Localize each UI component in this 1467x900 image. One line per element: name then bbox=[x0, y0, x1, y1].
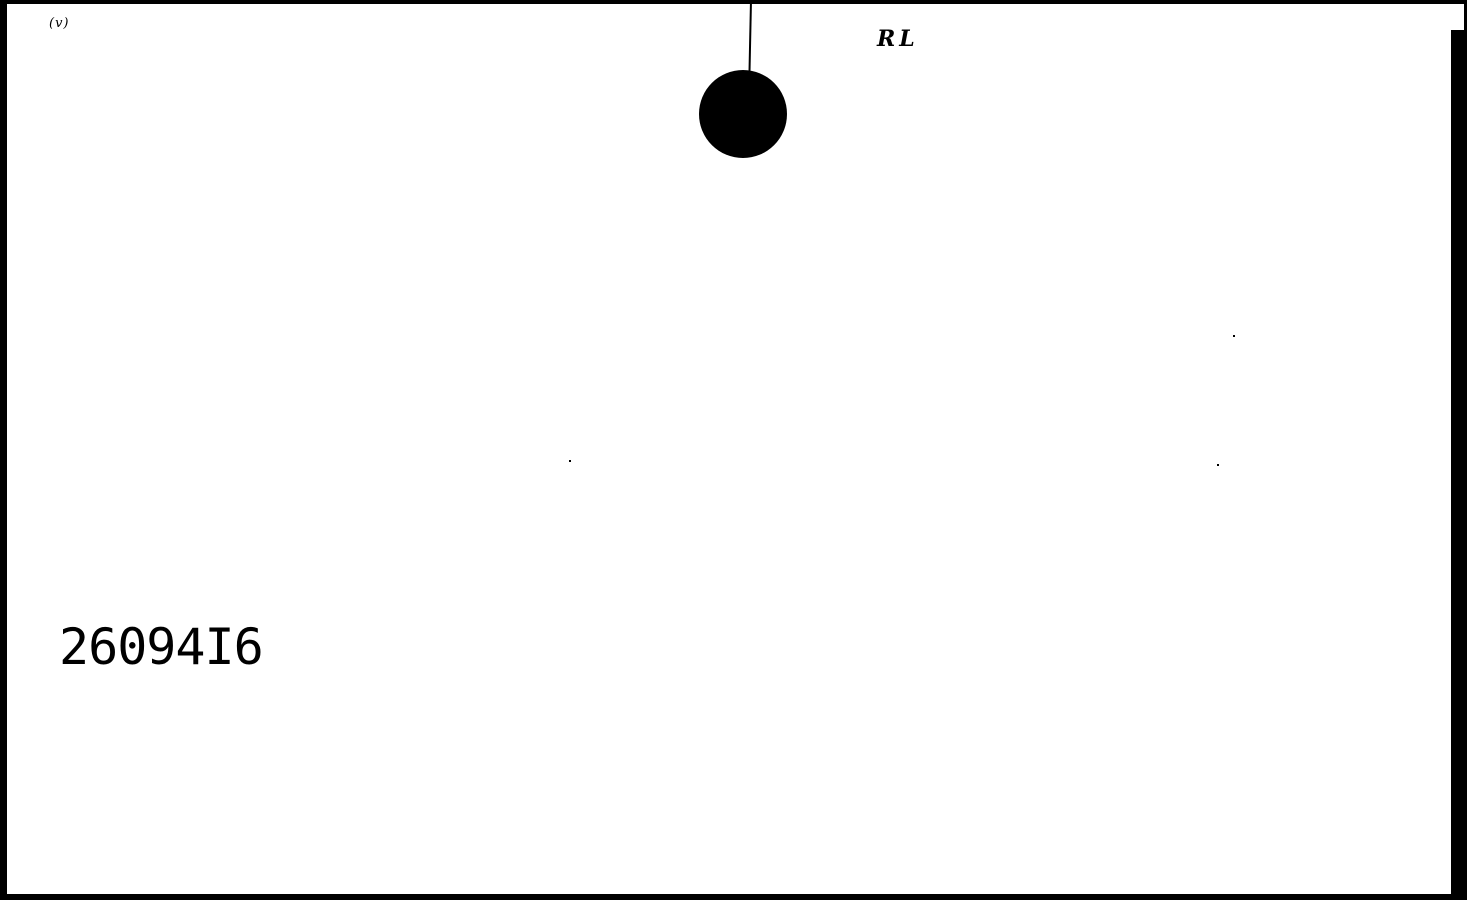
dust-speck bbox=[1233, 335, 1235, 337]
dust-speck bbox=[569, 460, 571, 462]
handwritten-mark-top-left: (v) bbox=[49, 16, 70, 31]
handwritten-initials: RL bbox=[877, 26, 919, 52]
card-corner bbox=[1451, 4, 1464, 30]
card-bottom-notch bbox=[600, 890, 612, 892]
dust-speck bbox=[1217, 464, 1219, 466]
punch-hole bbox=[699, 70, 787, 158]
card-right-edge bbox=[1451, 0, 1467, 900]
card-number: 26094I6 bbox=[59, 618, 263, 676]
